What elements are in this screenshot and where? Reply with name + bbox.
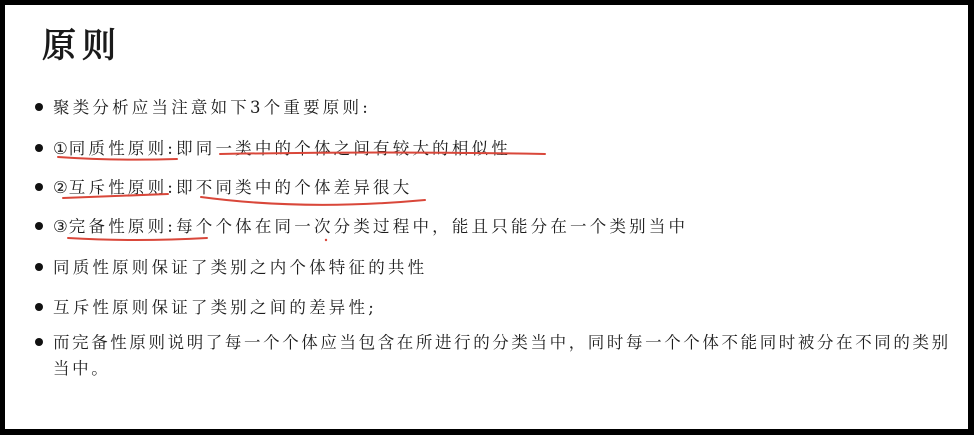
bullet-dot-icon <box>35 103 43 111</box>
bullet-text: 互斥性原则保证了类别之间的差异性; <box>53 298 377 317</box>
annotation-dot <box>325 239 327 241</box>
bullet-dot-icon <box>35 144 43 152</box>
bullet-dot-icon <box>35 263 43 271</box>
bullet-principle-3: ③完备性原则:每个个体在同一次分类过程中，能且只能分在一个类别当中 <box>35 216 688 238</box>
bullet-dot-icon <box>35 183 43 191</box>
principle-name: 互斥性原则 <box>69 178 168 197</box>
principle-definition: 即不同类中的个体差异很大 <box>176 178 412 197</box>
separator: : <box>167 217 176 236</box>
principle-definition: 每个个体在同一次分类过程中，能且只能分在一个类别当中 <box>176 217 688 236</box>
bullet-text: 同质性原则保证了类别之内个体特征的共性 <box>53 258 427 277</box>
bullet-dot-icon <box>35 222 43 230</box>
circled-number-3: ③ <box>53 217 68 236</box>
bullet-text: 聚类分析应当注意如下3个重要原则: <box>53 98 371 117</box>
principle-name: 同质性原则 <box>69 139 168 158</box>
circled-number-2: ② <box>53 178 68 197</box>
bullet-dot-icon <box>35 338 43 346</box>
bullet-completeness-note: 而完备性原则说明了每一个个体应当包含在所进行的分类当中，同时每一个个体不能同时被… <box>35 330 963 382</box>
bullet-homogeneity-note: 同质性原则保证了类别之内个体特征的共性 <box>35 257 427 279</box>
bullet-text: 而完备性原则说明了每一个个体应当包含在所进行的分类当中，同时每一个个体不能同时被… <box>53 333 951 378</box>
bullet-exclusivity-note: 互斥性原则保证了类别之间的差异性; <box>35 297 377 319</box>
bullet-principle-2: ②互斥性原则:即不同类中的个体差异很大 <box>35 177 412 199</box>
principle-definition: 即同一类中的个体之间有较大的相似性 <box>176 139 511 158</box>
bullet-principle-1: ①同质性原则:即同一类中的个体之间有较大的相似性 <box>35 138 511 160</box>
separator: : <box>167 139 176 158</box>
bullet-intro: 聚类分析应当注意如下3个重要原则: <box>35 97 371 119</box>
slide-title: 原则 <box>42 24 122 68</box>
bullet-dot-icon <box>35 303 43 311</box>
principle-name: 完备性原则 <box>69 217 168 236</box>
circled-number-1: ① <box>53 139 68 158</box>
separator: : <box>167 178 176 197</box>
slide: 原则 聚类分析应当注意如下3个重要原则: ①同质性原则:即同一类中的个体之间有较… <box>5 5 968 429</box>
underline-principle-3-name <box>68 238 207 240</box>
